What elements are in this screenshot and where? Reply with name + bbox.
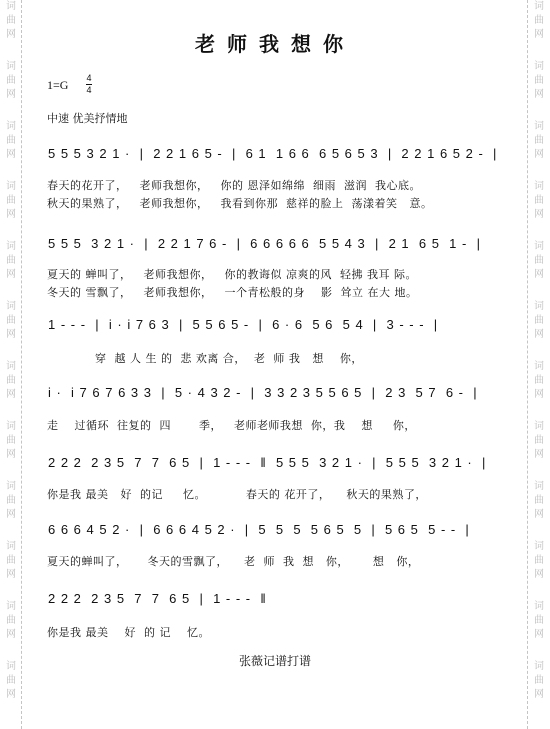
watermark-group: 词曲网	[528, 480, 550, 540]
watermark-char: 网	[0, 568, 22, 582]
watermark-char: 曲	[0, 434, 22, 448]
lyric-line-3: 穿 越 人 生 的 悲 欢离 合， 老 师 我 想 你，	[47, 350, 363, 366]
watermark-char: 词	[528, 600, 550, 614]
watermark-group: 词曲网	[528, 120, 550, 180]
watermark-group: 词曲网	[528, 180, 550, 240]
watermark-char: 曲	[528, 314, 550, 328]
watermark-group: 词曲网	[0, 300, 22, 360]
watermark-char: 网	[0, 688, 22, 702]
watermark-char: 曲	[0, 74, 22, 88]
lyric-line-7: 你是我 最美 好 的 记 忆。	[47, 624, 210, 640]
watermark-char: 网	[528, 268, 550, 282]
watermark-char: 词	[0, 480, 22, 494]
watermark-char: 词	[0, 540, 22, 554]
time-signature-bottom: 4	[86, 86, 92, 95]
watermark-group: 词曲网	[0, 360, 22, 420]
watermark-char: 网	[0, 328, 22, 342]
watermark-group: 词曲网	[528, 660, 550, 720]
notation-line-7: 2 2 2 2 3 5 7 7 6 5 | 1 - - - ‖	[48, 591, 267, 606]
watermark-char: 曲	[528, 14, 550, 28]
watermark-char: 曲	[528, 494, 550, 508]
watermark-char: 网	[528, 388, 550, 402]
watermark-group: 词曲网	[0, 60, 22, 120]
watermark-group: 词曲网	[528, 540, 550, 600]
watermark-char: 网	[528, 448, 550, 462]
lyric-line-4: 走 过循环 往复的 四 季， 老师老师我想 你，我 想 你，	[47, 417, 416, 433]
lyric-line-1b: 秋天的果熟了， 老师我想你， 我看到你那 慈祥的脸上 荡漾着笑 意。	[47, 195, 432, 211]
watermark-group: 词曲网	[528, 600, 550, 660]
left-watermark-column: 词曲网词曲网词曲网词曲网词曲网词曲网词曲网词曲网词曲网词曲网词曲网词曲网	[0, 0, 22, 729]
watermark-group: 词曲网	[528, 300, 550, 360]
watermark-char: 曲	[528, 374, 550, 388]
watermark-group: 词曲网	[528, 60, 550, 120]
watermark-group: 词曲网	[0, 480, 22, 540]
notation-line-2: 5 5 5 3 2 1 · | 2 2 1 7 6 - | 6 6 6 6 6 …	[48, 236, 481, 251]
watermark-group: 词曲网	[528, 420, 550, 480]
watermark-char: 词	[528, 120, 550, 134]
notation-line-4: i · i 7 6 7 6 3 3 | 5 · 4 3 2 - | 3 3 2 …	[48, 385, 478, 400]
watermark-char: 网	[528, 688, 550, 702]
time-signature: 4 4	[86, 74, 92, 95]
watermark-char: 网	[528, 88, 550, 102]
watermark-char: 曲	[0, 494, 22, 508]
lyric-line-1a: 春天的花开了， 老师我想你， 你的 恩泽如绵绵 细雨 滋润 我心底。	[47, 177, 421, 193]
notation-line-5: 2 2 2 2 3 5 7 7 6 5 | 1 - - - ‖ 5 5 5 3 …	[48, 455, 486, 470]
watermark-char: 曲	[528, 194, 550, 208]
watermark-char: 网	[0, 448, 22, 462]
lyric-line-2a: 夏天的 蝉叫了， 老师我想你， 你的教诲似 凉爽的风 轻拂 我耳 际。	[47, 266, 417, 282]
watermark-char: 曲	[528, 254, 550, 268]
watermark-char: 词	[528, 0, 550, 14]
key-signature: 1=G	[47, 78, 68, 93]
watermark-char: 曲	[0, 314, 22, 328]
lyric-line-2b: 冬天的 雪飘了， 老师我想你， 一个青松般的身 影 耸立 在大 地。	[47, 284, 417, 300]
watermark-char: 网	[528, 508, 550, 522]
watermark-char: 词	[0, 420, 22, 434]
watermark-group: 词曲网	[0, 180, 22, 240]
watermark-char: 曲	[0, 194, 22, 208]
watermark-char: 词	[0, 240, 22, 254]
watermark-char: 曲	[0, 554, 22, 568]
lyric-line-5: 你是我 最美 好 的记 忆。 春天的 花开了， 秋天的果熟了，	[47, 486, 427, 502]
watermark-char: 曲	[0, 374, 22, 388]
watermark-char: 曲	[528, 554, 550, 568]
watermark-group: 词曲网	[0, 240, 22, 300]
watermark-group: 词曲网	[528, 240, 550, 300]
notation-line-3: 1 - - - | i · i 7 6 3 | 5 5 6 5 - | 6 · …	[48, 317, 438, 332]
notation-line-6: 6 6 6 4 5 2 · | 6 6 6 4 5 2 · | 5 5 5 5 …	[48, 522, 470, 537]
watermark-group: 词曲网	[0, 660, 22, 720]
watermark-char: 网	[0, 628, 22, 642]
watermark-char: 网	[0, 268, 22, 282]
watermark-char: 网	[0, 208, 22, 222]
watermark-char: 网	[0, 88, 22, 102]
watermark-char: 网	[528, 328, 550, 342]
watermark-char: 曲	[528, 614, 550, 628]
lyric-line-6: 夏天的蝉叫了， 冬天的雪飘了， 老 师 我 想 你， 想 你，	[47, 553, 419, 569]
watermark-char: 词	[528, 540, 550, 554]
watermark-char: 网	[528, 568, 550, 582]
watermark-char: 网	[528, 148, 550, 162]
watermark-char: 词	[528, 480, 550, 494]
watermark-char: 网	[0, 508, 22, 522]
watermark-char: 网	[528, 208, 550, 222]
watermark-char: 网	[528, 628, 550, 642]
watermark-char: 词	[0, 60, 22, 74]
tempo-marking: 中速 优美抒情地	[47, 110, 128, 126]
watermark-char: 词	[0, 120, 22, 134]
watermark-char: 曲	[0, 674, 22, 688]
transcriber-credit: 张薇记谱打谱	[0, 652, 550, 669]
watermark-char: 网	[0, 388, 22, 402]
song-title: 老师我想你	[0, 28, 550, 57]
watermark-group: 词曲网	[0, 540, 22, 600]
watermark-char: 词	[0, 180, 22, 194]
watermark-char: 词	[0, 360, 22, 374]
right-watermark-column: 词曲网词曲网词曲网词曲网词曲网词曲网词曲网词曲网词曲网词曲网词曲网词曲网	[528, 0, 550, 729]
watermark-char: 曲	[528, 674, 550, 688]
watermark-char: 词	[528, 180, 550, 194]
watermark-char: 词	[0, 300, 22, 314]
watermark-char: 词	[528, 360, 550, 374]
watermark-group: 词曲网	[0, 120, 22, 180]
watermark-char: 曲	[0, 14, 22, 28]
watermark-char: 曲	[0, 254, 22, 268]
watermark-char: 词	[0, 0, 22, 14]
watermark-char: 曲	[528, 434, 550, 448]
watermark-char: 曲	[0, 614, 22, 628]
notation-line-1: 5 5 5 3 2 1 · | 2 2 1 6 5 - | 6 1 1 6 6 …	[48, 146, 497, 161]
watermark-char: 词	[0, 600, 22, 614]
watermark-group: 词曲网	[528, 360, 550, 420]
time-signature-top: 4	[86, 74, 92, 83]
watermark-char: 词	[528, 420, 550, 434]
watermark-char: 词	[528, 300, 550, 314]
watermark-char: 曲	[0, 134, 22, 148]
watermark-group: 词曲网	[0, 600, 22, 660]
watermark-char: 曲	[528, 74, 550, 88]
watermark-char: 词	[528, 240, 550, 254]
watermark-char: 词	[528, 60, 550, 74]
watermark-group: 词曲网	[0, 420, 22, 480]
watermark-char: 曲	[528, 134, 550, 148]
watermark-char: 网	[0, 148, 22, 162]
